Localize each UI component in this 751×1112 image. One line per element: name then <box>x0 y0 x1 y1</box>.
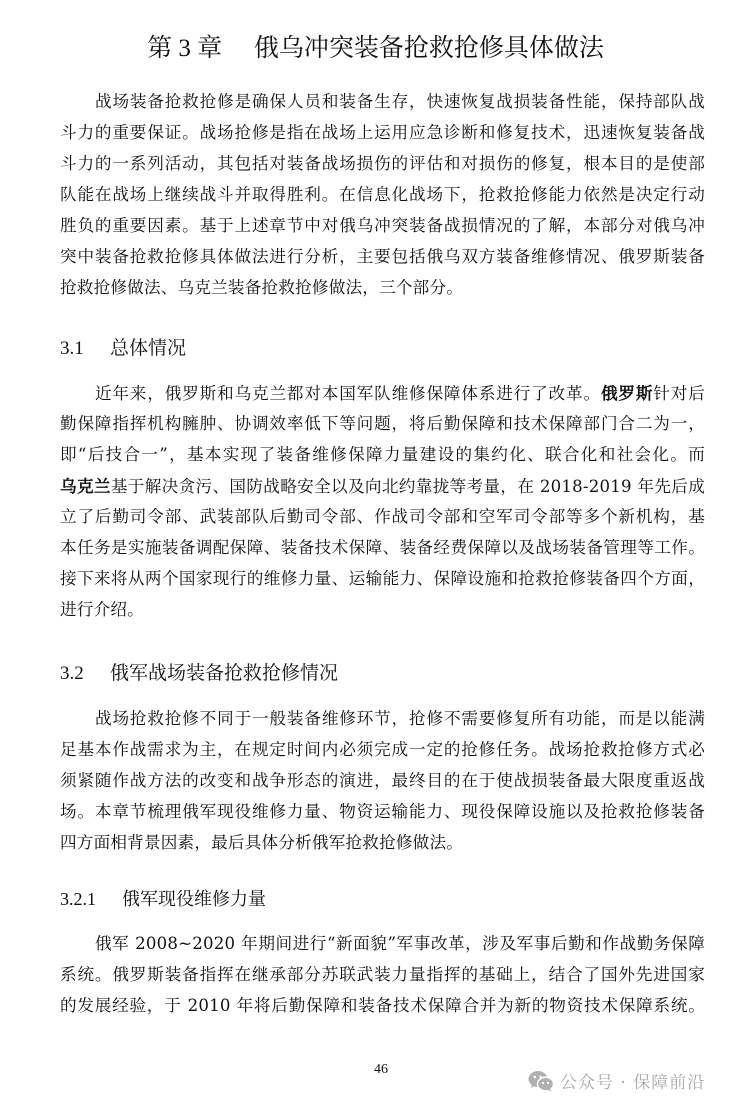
chapter-number: 3 <box>172 35 197 62</box>
section-title: 俄军现役维修力量 <box>122 889 266 910</box>
section-heading-3-2: 3.2俄军战场装备抢救抢修情况 <box>60 659 338 688</box>
chapter-prefix: 第 <box>147 33 172 62</box>
chapter-suffix: 章 <box>197 33 222 62</box>
document-page: 第 3 章 俄乌冲突装备抢救抢修具体做法 战场装备抢救抢修是确保人员和装备生存，… <box>0 0 751 1112</box>
text-line: 突中装备抢救抢修具体做法进行分析，主要包括俄乌双方装备维修情况、俄罗斯装备 <box>60 246 705 268</box>
text-line: 场。本章节梳理俄军现役维修力量、物资运输能力、现役保障设施以及抢救抢修装备 <box>60 801 705 823</box>
text-line: 的发展经验，于 2010 年将后勤保障和装备技术保障合并为新的物资技术保障系统。 <box>60 995 705 1017</box>
text-line: 须紧随作战方法的改变和战争形态的演进，最终目的在于使战损装备最大限度重返战 <box>60 770 705 792</box>
text-line: 进行介绍。 <box>60 599 705 621</box>
section-title: 俄军战场装备抢救抢修情况 <box>110 662 338 684</box>
page-number: 46 <box>374 1062 388 1078</box>
text-line: 俄军 2008~2020 年期间进行“新面貌”军事改革，涉及军事后勤和作战勤务保… <box>95 933 705 955</box>
bold-term-russia: 俄罗斯 <box>601 383 653 403</box>
text-line: 乌克兰基于解决贪污、国防战略安全以及向北约靠拢等考量，在 2018-2019 年… <box>60 475 705 497</box>
text-line: 队能在战场上继续战斗并取得胜利。在信息化战场下，抢救抢修能力依然是决定行动 <box>60 184 705 206</box>
wechat-icon <box>528 1070 554 1092</box>
text-line: 系统。俄罗斯装备指挥在继承部分苏联武装力量指挥的基础上，结合了国外先进国家 <box>60 964 705 986</box>
text-line: 战场装备抢救抢修是确保人员和装备生存，快速恢复战损装备性能，保持部队战 <box>95 91 705 113</box>
section-title: 总体情况 <box>110 337 186 359</box>
text-line: 勤保障指挥机构臃肿、协调效率低下等问题，将后勤保障和技术保障部门合二为一， <box>60 413 705 435</box>
section-heading-3-2-1: 3.2.1俄军现役维修力量 <box>60 885 266 914</box>
section-number: 3.2.1 <box>60 885 122 913</box>
bold-term-ukraine: 乌克兰 <box>60 476 111 496</box>
text-line: 斗力的一系列活动，其包括对装备战场损伤的评估和对损伤的修复，根本目的是使部 <box>60 153 705 175</box>
chapter-title-text: 俄乌冲突装备抢救抢修具体做法 <box>254 33 604 62</box>
section-number: 3.1 <box>60 335 110 363</box>
section-number: 3.2 <box>60 660 110 688</box>
text-line: 斗力的重要保证。战场抢修是指在战场上运用应急诊断和修复技术，迅速恢复装备战 <box>60 122 705 144</box>
text-line: 近年来，俄罗斯和乌克兰都对本国军队维修保障体系进行了改革。俄罗斯针对后 <box>95 382 705 404</box>
watermark-text: 公众号 · 保障前沿 <box>560 1068 705 1093</box>
watermark: 公众号 · 保障前沿 <box>528 1068 705 1093</box>
text-line: 抢救抢修做法、乌克兰装备抢救抢修做法，三个部分。 <box>60 277 705 299</box>
text-line: 四方面相背景因素，最后具体分析俄军抢救抢修做法。 <box>60 832 705 854</box>
chapter-title: 第 3 章 俄乌冲突装备抢救抢修具体做法 <box>0 30 751 67</box>
text-line: 本任务是实施装备调配保障、装备技术保障、装备经费保障以及战场装备管理等工作。 <box>60 537 705 559</box>
section-heading-3-1: 3.1总体情况 <box>60 334 186 363</box>
text-line: 接下来将从两个国家现行的维修力量、运输能力、保障设施和抢救抢修装备四个方面， <box>60 568 705 590</box>
text-line: 立了后勤司令部、武装部队后勤司令部、作战司令部和空军司令部等多个新机构，基 <box>60 506 705 528</box>
text-line: 战场抢救抢修不同于一般装备维修环节，抢修不需要修复所有功能，而是以能满 <box>95 708 705 730</box>
text-line: 足基本作战需求为主，在规定时间内必须完成一定的抢修任务。战场抢救抢修方式必 <box>60 739 705 761</box>
text-line: 胜负的重要因素。基于上述章节中对俄乌冲突装备战损情况的了解，本部分对俄乌冲 <box>60 215 705 237</box>
text-line: 即“后技合一”，基本实现了装备维修保障力量建设的集约化、联合化和社会化。而 <box>60 444 705 466</box>
